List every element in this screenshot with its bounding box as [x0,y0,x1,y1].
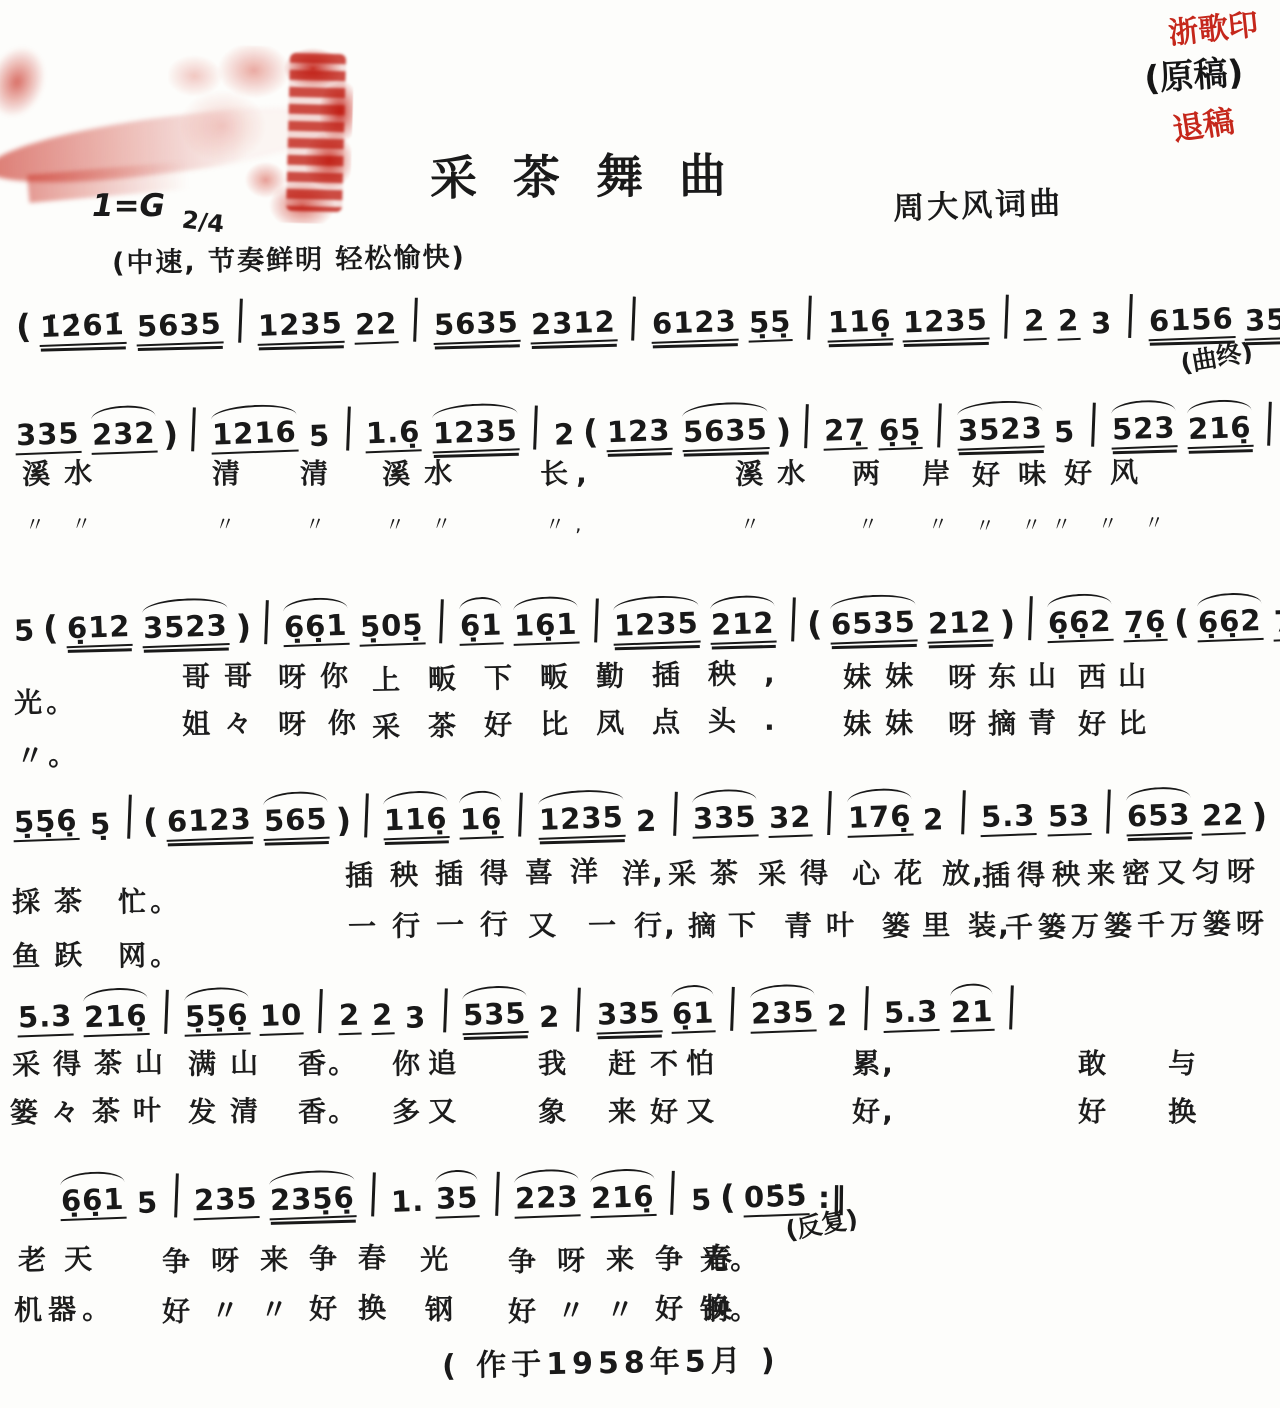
tempo-marking: (中速, 节奏鲜明 轻松愉快) [112,235,466,280]
note-group: 235̣6̣ [268,1181,356,1220]
lyric-segment: 篓里 [882,903,963,944]
notation-symbol: ( [1173,602,1191,642]
lyric-segment: 〃 [305,508,336,538]
note-group: 3 [404,1001,428,1035]
lyric-segment: 好味好风 [972,450,1157,493]
note-group: 335 [595,996,662,1035]
barline [961,790,965,834]
note-group: 6̣12 [66,610,133,649]
barline [864,986,868,1030]
barline [443,988,447,1032]
lyric-segment: 姐々 [182,701,267,742]
lyric-segment: 千篓万篓千万篓呀 [1005,902,1270,947]
lyric-segment: 好〃〃好换 [162,1286,408,1330]
music-system: 335232)121651.6̣12352(1235635)27̣6̣5̣352… [10,402,1280,455]
note-group: 565 [263,802,330,841]
lyric-segment: 插得秧来密又匀呀 [982,850,1263,895]
note-group: 1235 [537,800,625,839]
note-group: 27̣ [823,413,869,451]
note-group: 7̣6̣ [1272,604,1280,642]
barline [319,989,323,1033]
lyric-segment: 心花 [852,851,937,892]
barline [1106,790,1110,834]
lyric-segment: 多又 [392,1089,465,1130]
barline [791,597,795,641]
note-group: 32 [767,800,813,838]
note-group: 5̣5̣ [747,305,793,343]
barline [671,1171,675,1215]
lyric-segment: 鱼跃 [12,933,97,974]
lyric-segment: 钢 [425,1288,462,1329]
lyric-segment: 上畈下畈勤插秧, [372,651,803,699]
lyric-segment: 呀摘青 [948,701,1069,743]
barline [594,598,598,642]
lyric-segment: 放, [942,852,985,893]
notation-symbol: ( [807,604,825,644]
time-signature: 2/4 [180,206,225,239]
note-group: 5.3 [16,999,74,1037]
note-group: 5635 [432,305,520,344]
original-manuscript-note: (原稿) [1142,45,1244,101]
manuscript-page: 浙歌印 (原稿) 退稿 1=G 2/4 (中速, 节奏鲜明 轻松愉快) 采茶舞曲… [0,0,1280,1408]
note-group: 6̣6̣1 [283,608,350,647]
lyric-segment: 〃。 [16,733,81,774]
barline [439,599,443,643]
lyric-segment: 呀 你 [278,701,362,742]
note-group: 123 [606,414,673,453]
red-ink-smudge-corner [0,39,55,125]
note-group: 5̣5̣6̣ [183,998,250,1037]
note-group: 6̣1 [458,608,504,646]
barline [937,403,941,447]
composition-date-note: ( 作于1958年5月 ) [442,1335,780,1385]
note-group: 53 [1046,799,1092,837]
lyric-segment: 象 [538,1090,575,1131]
music-system: 6̣6̣15235235̣6̣1.35223216̣5(05̇5̇:‖ [55,1170,851,1220]
note-group: 6̣6̣1 [59,1182,126,1221]
lyric-segment: 香。 [298,1089,359,1130]
barline [174,1173,178,1217]
note-group: 2 [634,804,658,838]
lyric-segment: 敢 [1078,1042,1115,1083]
lyric-segment: 不怕 [650,1041,723,1082]
note-group: 216̣ [1186,410,1253,449]
music-system: (1̇2̇61̇56351235225635231261235̣5̣116̣12… [14,288,1280,346]
barline [1128,294,1132,338]
note-group: 6̣6̣2 [1047,604,1114,643]
note-group: 5̣5̣6̣ [12,804,79,843]
lyric-segment: 好比 [1078,701,1159,742]
lyric-segment: 溪水 [382,451,467,492]
note-group: 5 [135,1186,159,1220]
note-group: 2 [537,1000,561,1034]
barline [264,600,268,644]
note-group: 1216 [210,415,298,454]
notation-symbol: ) [999,603,1017,643]
note-group: 216̣ [83,999,150,1038]
barline [1267,402,1271,446]
lyric-segment: 採茶 [12,879,97,920]
note-group: 3523 [141,609,229,648]
lyric-segment: 摘下 [688,903,769,944]
lyric-segment: 〃 [858,508,889,538]
barline [495,1172,499,1216]
archive-annotation-red-top: 浙歌印 [1166,0,1260,53]
notation-symbol: ) [235,607,253,647]
barline [364,793,368,837]
barline [673,792,677,836]
key-signature: 1=G [92,188,165,224]
lyric-segment: 哥哥 [182,654,267,695]
lyric-segment: 好又 [650,1089,723,1130]
lyric-segment: 我 [538,1042,575,1083]
lyric-segment: 采茶好比凤点头. [372,698,803,746]
note-group: 1235 [613,606,701,645]
barline [127,795,131,839]
note-group: 5635 [135,307,223,346]
note-group: 653 [1125,798,1192,837]
lyric-segment: 西山 [1078,654,1159,695]
lyric-segment: 溪水 [735,451,820,492]
lyric-segment: 好 [1078,1090,1115,1131]
note-group: 6̣6̣2 [1197,604,1264,643]
note-group: 116̣ [383,802,450,841]
note-group: 235 [749,995,816,1034]
barline [1004,295,1008,339]
barline [804,404,808,448]
notation-symbol: ) [775,411,793,451]
note-group: 1.6̣ [365,415,423,453]
composer-credit: 周大风词曲 [892,177,1063,228]
lyric-segment: 采茶 [668,851,753,892]
barline [1028,596,1032,640]
archive-annotation-red-bottom: 退稿 [1169,95,1237,149]
note-group: 5635 [681,413,769,452]
lyric-segment: 妹妹 [843,701,928,742]
note-group: 335 [692,800,759,839]
lyric-segment: 一行一行 [348,902,525,945]
note-group: 6156 [1147,302,1235,341]
note-group: 3 [1089,306,1113,340]
note-group: 6535 [830,605,918,644]
lyric-segment: 钢。 [700,1287,761,1328]
note-group: 2 [922,803,946,837]
notation-symbol: ( [143,801,161,841]
note-group: 1235 [901,303,989,342]
notation-symbol: ( [582,412,600,452]
lyric-segment: 忙。 [118,879,183,920]
note-group: 5 [1053,415,1077,449]
lyric-segment: 累, [852,1042,895,1083]
note-group: 6123 [166,802,254,841]
music-system: 5(6̣123523)6̣6̣15̣05̣6̣116̣11235212(6535… [8,594,1280,647]
note-group: 5̣ [88,807,112,841]
lyric-segment: 争呀来争春 [162,1236,408,1280]
lyric-segment: 光 [420,1238,457,1279]
lyric-segment: 机器。 [14,1287,117,1329]
lyric-segment: 光。 [14,680,79,721]
note-group: 1̇2̇61̇ [39,308,127,347]
note-group: 1. [390,1184,426,1219]
lyric-segment: 溪水 [22,451,107,492]
barline [731,987,735,1031]
barline [827,791,831,835]
note-group: 523 [1110,411,1177,450]
note-group: 6123 [650,304,738,343]
lyric-segment: 〃 〃 [385,507,462,537]
barline [164,990,168,1034]
notation-symbol: ( [15,306,33,346]
lyric-segment: 长, [540,452,595,493]
lyric-segment: 行, [634,904,677,945]
barline [413,298,417,342]
music-system: 5̣5̣6̣5̣(6123565)116̣16̣1235233532176̣25… [8,789,1271,842]
note-group: 5.3 [883,995,941,1033]
note-group: 1235 [431,414,519,453]
note-group: 2 [337,998,362,1035]
barline [807,296,811,340]
music-system: 5.3216̣5̣5̣6̣1022353523356̣123525.321 [12,985,1024,1036]
note-group: 212 [710,606,777,645]
note-group: 2 [1023,304,1048,341]
note-group: 2 [552,418,576,452]
lyric-segment: 你追 [392,1041,465,1082]
barline [238,299,242,343]
notation-symbol: ) [335,800,353,840]
note-group: 35 [435,1181,481,1219]
lyric-segment: 呀东山 [948,654,1069,696]
lyric-segment: 网。 [118,933,183,974]
lyric-segment: 〃 〃〃 〃 〃 [975,506,1175,538]
note-group: 6̣5̣ [877,413,923,451]
lyric-segment: 清 [300,452,337,493]
lyric-segment: 〃 [215,508,246,538]
lyric-segment: 与 [1168,1042,1205,1083]
note-group: 7̣6̣ [1122,604,1168,642]
lyric-segment: 香。 [298,1041,359,1082]
note-group: 116̣ [826,304,893,343]
lyric-segment: 〃 [928,508,959,538]
lyric-segment: 岸 [922,452,959,493]
note-group: 1235 [257,306,345,345]
note-group: 223 [514,1180,581,1219]
note-group: 176̣ [846,799,913,838]
lyric-segment: 赶 [608,1042,645,1083]
lyric-segment: 发清 [188,1089,273,1130]
note-group: 235 [193,1182,260,1221]
lyric-segment: 篓々茶叶 [10,1089,175,1132]
note-group: 232 [90,416,157,455]
note-group: 16̣ [458,802,504,840]
lyric-segment: 〃 [740,508,771,538]
lyric-segment: 清 [212,452,249,493]
lyric-segment: 来 [608,1090,645,1131]
lyric-segment: 好, [852,1090,895,1131]
lyric-segment: 又 [528,904,565,945]
barline [518,793,522,837]
note-group: 21 [949,994,995,1032]
lyric-segment: 采得 [758,851,843,892]
note-group: 5 [689,1183,713,1217]
lyric-segment: 采得茶山 [12,1041,177,1084]
page-title: 采茶舞曲 [430,139,763,209]
barline [1092,403,1096,447]
note-group: 335 [14,417,81,456]
notation-symbol: ( [42,608,60,648]
notation-symbol: ) [162,414,180,454]
note-group: 22 [353,307,399,345]
note-group: 3523 [956,411,1044,450]
lyric-segment: 妹妹 [843,654,928,695]
notation-symbol: ( [719,1177,737,1217]
note-group: 5 [307,419,331,453]
note-group: 2 [825,999,849,1033]
barline [346,407,350,451]
note-group: 5 [12,614,36,648]
note-group: 10 [258,998,304,1036]
lyric-segment: 洋, [622,852,665,893]
lyric-segment: 〃 〃 [25,507,102,537]
note-group: 216̣ [589,1180,656,1219]
barline [576,988,580,1032]
note-group: 212 [926,605,993,644]
barline [1009,985,1013,1029]
lyric-segment: 青叶 [784,903,869,944]
lyric-segment: 插秧插得喜洋 [345,850,616,895]
note-group: 2 [1056,304,1081,341]
lyric-segment: 呀你 [278,654,363,695]
lyric-segment: 老天 [18,1237,111,1279]
note-group: 5.3 [980,799,1038,837]
note-group: 6̣1 [670,996,716,1034]
note-group: 535 [462,997,529,1036]
lyric-segment: 一 [588,904,625,945]
lyric-segment: 换 [1168,1090,1205,1131]
note-group: 2 [371,998,396,1035]
note-group: 2312 [529,305,617,344]
barline [631,297,635,341]
barline [371,1172,375,1216]
note-group: 16̣1 [513,607,580,646]
note-group: 5̣05̣ [358,608,425,647]
lyric-segment: 〃, [545,508,592,538]
lyric-segment: 光。 [700,1237,761,1278]
lyric-segment: 满山 [188,1041,273,1082]
note-group: 22 [1200,798,1246,836]
notation-symbol: ) [1252,795,1270,835]
barline [534,406,538,450]
lyric-segment: 两 [852,452,889,493]
barline [191,407,195,451]
